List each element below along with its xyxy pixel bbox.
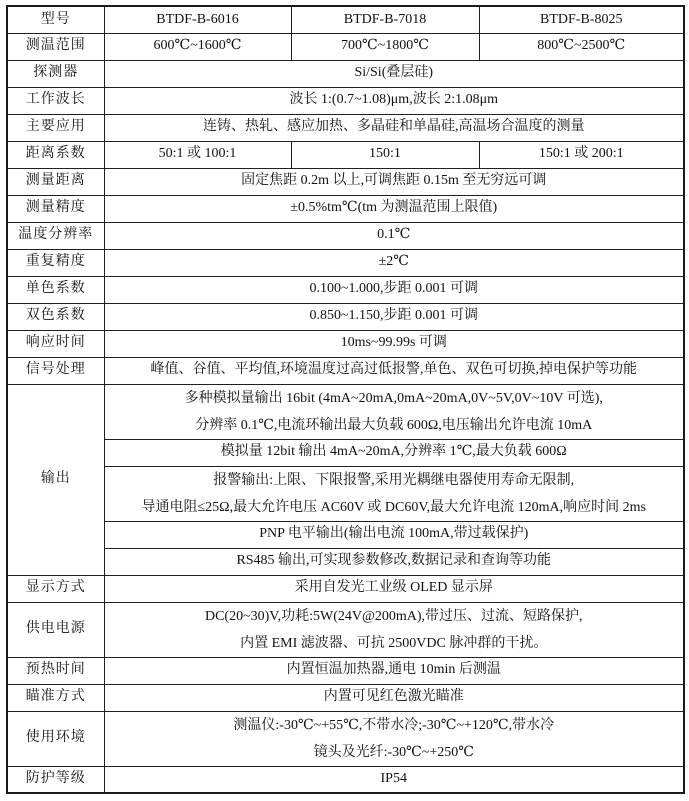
row-label-power: 供电电源 — [7, 602, 104, 657]
temp-range-cell-3: 800℃~2500℃ — [479, 33, 684, 60]
table-row-application: 主要应用 连铸、热轧、感应加热、多晶硅和单晶硅,高温场合温度的测量 — [7, 114, 684, 141]
protection-value: IP54 — [104, 766, 684, 793]
output-alarm-cell: 报警输出:上限、下限报警,采用光耦继电器使用寿命无限制, 导通电阻≤25Ω,最大… — [104, 466, 684, 521]
table-row-display: 显示方式 采用自发光工业级 OLED 显示屏 — [7, 575, 684, 602]
output-analog16-line2: 分辨率 0.1℃,电流环输出最大负载 600Ω,电压输出允许电流 10mA — [107, 412, 682, 439]
output-rs485-cell: RS485 输出,可实现参数修改,数据记录和查询等功能 — [104, 548, 684, 575]
row-label-measure-distance: 测量距离 — [7, 168, 104, 195]
application-value: 连铸、热轧、感应加热、多晶硅和单晶硅,高温场合温度的测量 — [104, 114, 684, 141]
row-label-accuracy: 测量精度 — [7, 195, 104, 222]
power-cell: DC(20~30)V,功耗:5W(24V@200mA),带过压、过流、短路保护,… — [104, 602, 684, 657]
row-label-signal-processing: 信号处理 — [7, 357, 104, 384]
table-row-signal-processing: 信号处理 峰值、谷值、平均值,环境温度过高过低报警,单色、双色可切换,掉电保护等… — [7, 357, 684, 384]
distance-ratio-cell-2: 150:1 — [291, 141, 479, 168]
table-row-mono-coeff: 单色系数 0.100~1.000,步距 0.001 可调 — [7, 276, 684, 303]
table-row-output-analog16: 输出 多种模拟量输出 16bit (4mA~20mA,0mA~20mA,0V~5… — [7, 384, 684, 439]
table-row-response-time: 响应时间 10ms~99.99s 可调 — [7, 330, 684, 357]
table-row-repeatability: 重复精度 ±2℃ — [7, 249, 684, 276]
table-row-wavelength: 工作波长 波长 1:(0.7~1.08)μm,波长 2:1.08μm — [7, 87, 684, 114]
output-analog16-cell: 多种模拟量输出 16bit (4mA~20mA,0mA~20mA,0V~5V,0… — [104, 384, 684, 439]
preheat-value: 内置恒温加热器,通电 10min 后测温 — [104, 657, 684, 684]
aiming-value: 内置可见红色激光瞄准 — [104, 684, 684, 711]
detector-value: Si/Si(叠层硅) — [104, 60, 684, 87]
row-label-protection: 防护等级 — [7, 766, 104, 793]
row-label-repeatability: 重复精度 — [7, 249, 104, 276]
row-label-preheat: 预热时间 — [7, 657, 104, 684]
table-row-aiming: 瞄准方式 内置可见红色激光瞄准 — [7, 684, 684, 711]
table-row-detector: 探测器 Si/Si(叠层硅) — [7, 60, 684, 87]
row-label-display: 显示方式 — [7, 575, 104, 602]
row-label-resolution: 温度分辨率 — [7, 222, 104, 249]
display-value: 采用自发光工业级 OLED 显示屏 — [104, 575, 684, 602]
power-line1: DC(20~30)V,功耗:5W(24V@200mA),带过压、过流、短路保护, — [107, 603, 682, 630]
row-label-application: 主要应用 — [7, 114, 104, 141]
dual-coeff-value: 0.850~1.150,步距 0.001 可调 — [104, 303, 684, 330]
table-row-temp-range: 测温范围 600℃~1600℃ 700℃~1800℃ 800℃~2500℃ — [7, 33, 684, 60]
output-alarm-line1: 报警输出:上限、下限报警,采用光耦继电器使用寿命无限制, — [107, 467, 682, 494]
row-label-distance-ratio: 距离系数 — [7, 141, 104, 168]
table-row-model: 型号 BTDF-B-6016 BTDF-B-7018 BTDF-B-8025 — [7, 6, 684, 33]
environment-line1: 测温仪:-30℃~+55℃,不带水冷;-30℃~+120℃,带水冷 — [107, 712, 682, 739]
table-row-output-alarm: 报警输出:上限、下限报警,采用光耦继电器使用寿命无限制, 导通电阻≤25Ω,最大… — [7, 466, 684, 521]
table-row-distance-ratio: 距离系数 50:1 或 100:1 150:1 150:1 或 200:1 — [7, 141, 684, 168]
repeatability-value: ±2℃ — [104, 249, 684, 276]
row-label-detector: 探测器 — [7, 60, 104, 87]
row-label-model: 型号 — [7, 6, 104, 33]
row-label-aiming: 瞄准方式 — [7, 684, 104, 711]
row-label-dual-coeff: 双色系数 — [7, 303, 104, 330]
model-cell-2: BTDF-B-7018 — [291, 6, 479, 33]
table-row-power: 供电电源 DC(20~30)V,功耗:5W(24V@200mA),带过压、过流、… — [7, 602, 684, 657]
distance-ratio-cell-3: 150:1 或 200:1 — [479, 141, 684, 168]
resolution-value: 0.1℃ — [104, 222, 684, 249]
power-line2: 内置 EMI 滤波器、可抗 2500VDC 脉冲群的干扰。 — [107, 630, 682, 657]
output-alarm-line2: 导通电阻≤25Ω,最大允许电压 AC60V 或 DC60V,最大允许电流 120… — [107, 494, 682, 521]
table-row-output-pnp: PNP 电平输出(输出电流 100mA,带过载保护) — [7, 521, 684, 548]
row-label-wavelength: 工作波长 — [7, 87, 104, 114]
table-row-output-rs485: RS485 输出,可实现参数修改,数据记录和查询等功能 — [7, 548, 684, 575]
output-analog12-cell: 模拟量 12bit 输出 4mA~20mA,分辨率 1℃,最大负载 600Ω — [104, 439, 684, 466]
table-row-output-analog12: 模拟量 12bit 输出 4mA~20mA,分辨率 1℃,最大负载 600Ω — [7, 439, 684, 466]
temp-range-cell-1: 600℃~1600℃ — [104, 33, 291, 60]
table-row-resolution: 温度分辨率 0.1℃ — [7, 222, 684, 249]
model-cell-1: BTDF-B-6016 — [104, 6, 291, 33]
distance-ratio-cell-1: 50:1 或 100:1 — [104, 141, 291, 168]
output-analog16-line1: 多种模拟量输出 16bit (4mA~20mA,0mA~20mA,0V~5V,0… — [107, 385, 682, 412]
table-row-preheat: 预热时间 内置恒温加热器,通电 10min 后测温 — [7, 657, 684, 684]
specification-table: 型号 BTDF-B-6016 BTDF-B-7018 BTDF-B-8025 测… — [6, 5, 685, 794]
output-pnp-cell: PNP 电平输出(输出电流 100mA,带过载保护) — [104, 521, 684, 548]
table-row-environment: 使用环境 测温仪:-30℃~+55℃,不带水冷;-30℃~+120℃,带水冷 镜… — [7, 711, 684, 766]
measure-distance-value: 固定焦距 0.2m 以上,可调焦距 0.15m 至无穷远可调 — [104, 168, 684, 195]
accuracy-value: ±0.5%tm℃(tm 为测温范围上限值) — [104, 195, 684, 222]
row-label-output: 输出 — [7, 384, 104, 575]
response-time-value: 10ms~99.99s 可调 — [104, 330, 684, 357]
environment-cell: 测温仪:-30℃~+55℃,不带水冷;-30℃~+120℃,带水冷 镜头及光纤:… — [104, 711, 684, 766]
table-row-measure-distance: 测量距离 固定焦距 0.2m 以上,可调焦距 0.15m 至无穷远可调 — [7, 168, 684, 195]
signal-processing-value: 峰值、谷值、平均值,环境温度过高过低报警,单色、双色可切换,掉电保护等功能 — [104, 357, 684, 384]
temp-range-cell-2: 700℃~1800℃ — [291, 33, 479, 60]
table-row-protection: 防护等级 IP54 — [7, 766, 684, 793]
table-row-dual-coeff: 双色系数 0.850~1.150,步距 0.001 可调 — [7, 303, 684, 330]
row-label-response-time: 响应时间 — [7, 330, 104, 357]
row-label-environment: 使用环境 — [7, 711, 104, 766]
wavelength-value: 波长 1:(0.7~1.08)μm,波长 2:1.08μm — [104, 87, 684, 114]
model-cell-3: BTDF-B-8025 — [479, 6, 684, 33]
environment-line2: 镜头及光纤:-30℃~+250℃ — [107, 739, 682, 766]
row-label-mono-coeff: 单色系数 — [7, 276, 104, 303]
table-row-accuracy: 测量精度 ±0.5%tm℃(tm 为测温范围上限值) — [7, 195, 684, 222]
mono-coeff-value: 0.100~1.000,步距 0.001 可调 — [104, 276, 684, 303]
row-label-temp-range: 测温范围 — [7, 33, 104, 60]
